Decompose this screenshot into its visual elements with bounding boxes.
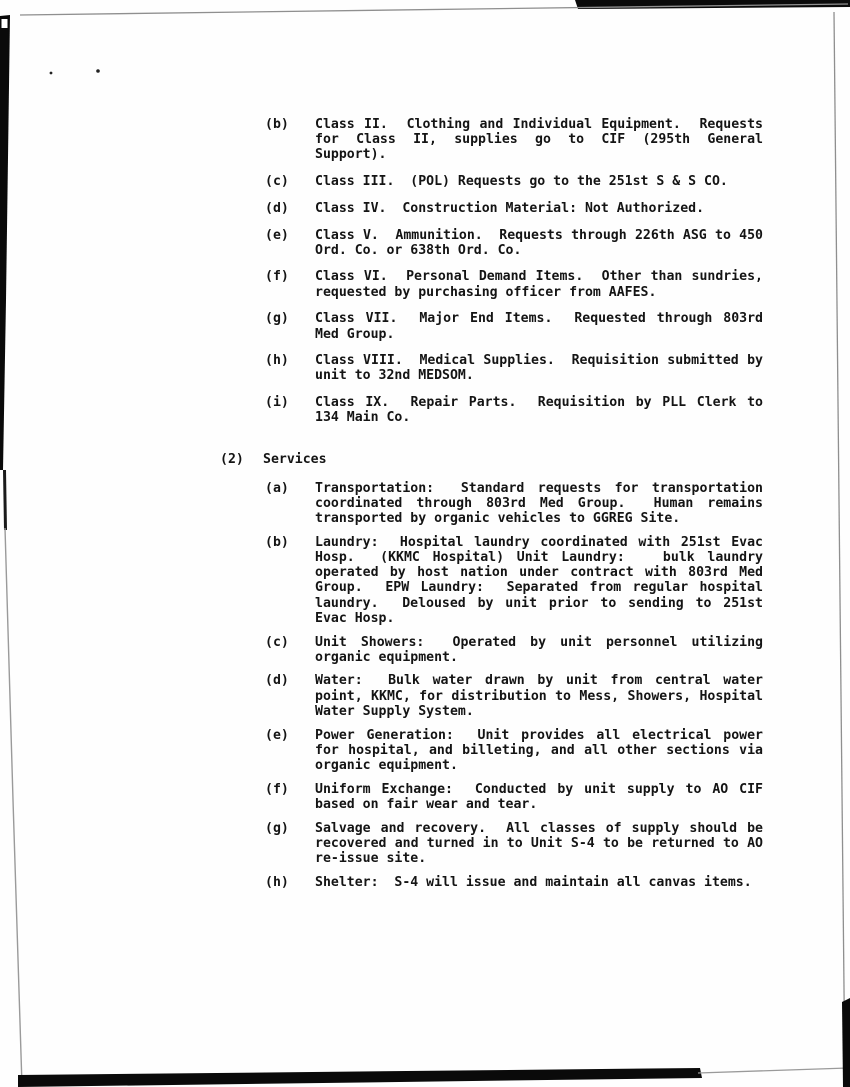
scan-speck-2 bbox=[96, 69, 100, 73]
list-item: (c) Class III. (POL) Requests go to the … bbox=[265, 174, 800, 189]
section-title: Services bbox=[263, 452, 327, 467]
list-item: (e) Class V. Ammunition. Requests throug… bbox=[265, 228, 800, 258]
list-item: (g) Class VII. Major End Items. Requeste… bbox=[265, 311, 800, 341]
list-item: (f) Class VI. Personal Demand Items. Oth… bbox=[265, 269, 800, 299]
item-text: Laundry: Hospital laundry coordinated wi… bbox=[315, 535, 763, 626]
item-label: (b) bbox=[265, 535, 315, 550]
list-item: (h) Class VIII. Medical Supplies. Requis… bbox=[265, 353, 800, 383]
item-label: (f) bbox=[265, 269, 315, 284]
item-label: (d) bbox=[265, 673, 315, 688]
scan-artifact-bottom-bar bbox=[18, 1068, 702, 1087]
list-item: (e) Power Generation: Unit provides all … bbox=[265, 728, 800, 774]
item-text: Class III. (POL) Requests go to the 251s… bbox=[315, 174, 763, 189]
item-text: Transportation: Standard requests for tr… bbox=[315, 481, 763, 527]
item-text: Water: Bulk water drawn by unit from cen… bbox=[315, 673, 763, 719]
services-list: (a) Transportation: Standard requests fo… bbox=[220, 481, 800, 890]
item-label: (c) bbox=[265, 174, 315, 189]
item-label: (c) bbox=[265, 635, 315, 650]
scan-artifact-left-bar bbox=[0, 15, 10, 470]
scanned-document-page: (b) Class II. Clothing and Individual Eq… bbox=[0, 0, 850, 1087]
item-text: Power Generation: Unit provides all elec… bbox=[315, 728, 763, 774]
item-label: (d) bbox=[265, 201, 315, 216]
list-item: (d) Class IV. Construction Material: Not… bbox=[265, 201, 800, 216]
item-label: (h) bbox=[265, 353, 315, 368]
item-label: (e) bbox=[265, 228, 315, 243]
item-label: (h) bbox=[265, 875, 315, 890]
item-text: Class VII. Major End Items. Requested th… bbox=[315, 311, 763, 341]
item-label: (g) bbox=[265, 821, 315, 836]
item-label: (g) bbox=[265, 311, 315, 326]
list-item: (c) Unit Showers: Operated by unit perso… bbox=[265, 635, 800, 665]
item-text: Class IX. Repair Parts. Requisition by P… bbox=[315, 395, 763, 425]
item-text: Class II. Clothing and Individual Equipm… bbox=[315, 117, 763, 163]
item-text: Uniform Exchange: Conducted by unit supp… bbox=[315, 782, 763, 812]
list-item: (f) Uniform Exchange: Conducted by unit … bbox=[265, 782, 800, 812]
item-text: Shelter: S-4 will issue and maintain all… bbox=[315, 875, 763, 890]
item-label: (a) bbox=[265, 481, 315, 496]
scan-artifact-left-edge-line bbox=[5, 528, 22, 1086]
item-text: Class VI. Personal Demand Items. Other t… bbox=[315, 269, 763, 299]
list-item: (g) Salvage and recovery. All classes of… bbox=[265, 821, 800, 867]
list-item: (a) Transportation: Standard requests fo… bbox=[265, 481, 800, 527]
scan-speck-1 bbox=[50, 72, 53, 75]
item-label: (i) bbox=[265, 395, 315, 410]
scan-artifact-bottom-right-bar bbox=[842, 998, 850, 1087]
list-item: (h) Shelter: S-4 will issue and maintain… bbox=[265, 875, 800, 890]
document-body: (b) Class II. Clothing and Individual Eq… bbox=[220, 117, 800, 890]
services-section-header: (2) Services bbox=[220, 452, 800, 467]
item-text: Class VIII. Medical Supplies. Requisitio… bbox=[315, 353, 763, 383]
item-label: (e) bbox=[265, 728, 315, 743]
scan-artifact-top-right-bar bbox=[575, 0, 850, 9]
list-item: (b) Laundry: Hospital laundry coordinate… bbox=[265, 535, 800, 626]
section-label: (2) bbox=[220, 452, 263, 467]
item-text: Class V. Ammunition. Requests through 22… bbox=[315, 228, 763, 258]
list-item: (b) Class II. Clothing and Individual Eq… bbox=[265, 117, 800, 163]
scan-artifact-left-bar-notch bbox=[2, 19, 8, 28]
supply-class-list: (b) Class II. Clothing and Individual Eq… bbox=[220, 117, 800, 426]
item-text: Unit Showers: Operated by unit personnel… bbox=[315, 635, 763, 665]
scan-artifact-left-bar-taper bbox=[3, 470, 7, 530]
scan-artifact-right-edge-line bbox=[834, 12, 845, 1086]
item-text: Class IV. Construction Material: Not Aut… bbox=[315, 201, 763, 216]
scan-artifact-bottom-edge-line bbox=[698, 1068, 848, 1073]
list-item: (i) Class IX. Repair Parts. Requisition … bbox=[265, 395, 800, 425]
scan-artifact-top-edge-line bbox=[20, 4, 848, 15]
item-label: (f) bbox=[265, 782, 315, 797]
item-label: (b) bbox=[265, 117, 315, 132]
list-item: (d) Water: Bulk water drawn by unit from… bbox=[265, 673, 800, 719]
item-text: Salvage and recovery. All classes of sup… bbox=[315, 821, 763, 867]
